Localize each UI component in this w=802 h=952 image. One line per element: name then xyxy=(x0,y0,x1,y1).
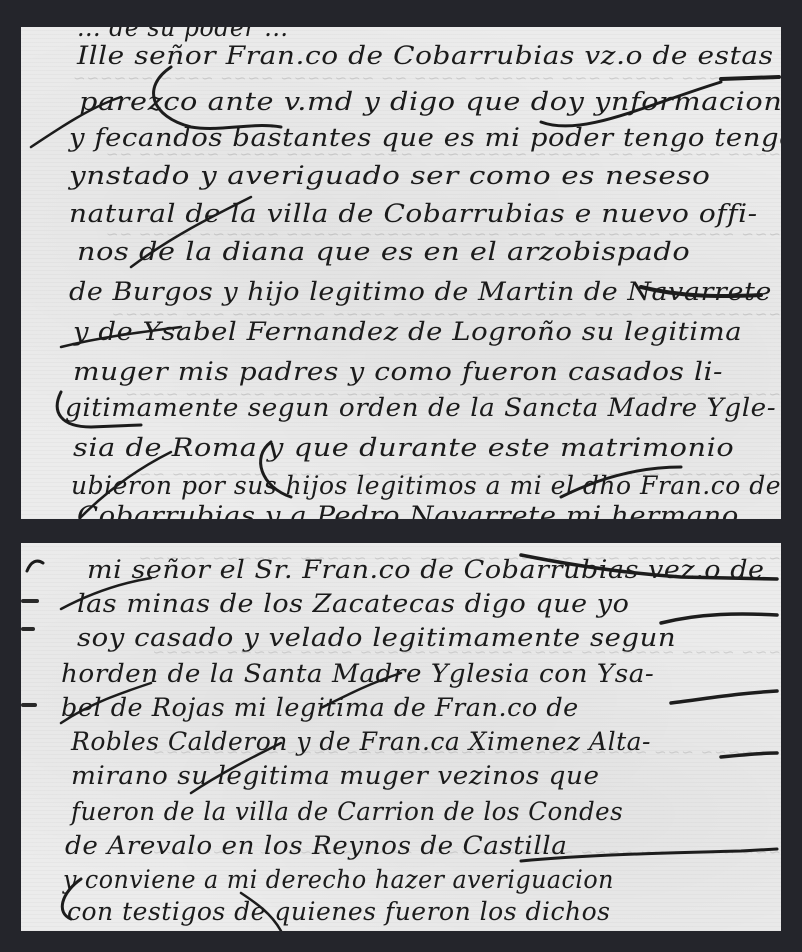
manuscript-line: muger mis padres y como fueron casados l… xyxy=(73,357,723,386)
manuscript-line: las minas de los Zacatecas digo que yo xyxy=(77,589,629,618)
manuscript-line: Robles Calderon y de Fran.ca Ximenez Alt… xyxy=(71,727,651,756)
manuscript-line: horden de la Santa Madre Yglesia con Ysa… xyxy=(61,659,654,688)
manuscript-line: soy casado y velado legitimamente segun xyxy=(77,623,676,652)
manuscript-line: y fecandos bastantes que es mi poder ten… xyxy=(69,123,781,152)
margin-mark xyxy=(21,627,35,631)
manuscript-line: ynstado y averiguado ser como es neseso xyxy=(69,161,710,190)
manuscript-line: ubieron por sus hijos legitimos a mi el … xyxy=(71,471,781,500)
margin-mark xyxy=(21,703,37,707)
manuscript-line: ... de su poder ... xyxy=(77,27,288,42)
manuscript-line: nos de la diana que es en el arzobispado xyxy=(77,237,690,266)
manuscript-line: gitimamente segun orden de la Sancta Mad… xyxy=(65,393,776,422)
manuscript-line: de Arevalo en los Reynos de Castilla xyxy=(65,831,567,860)
manuscript-line: y de Ysabel Fernandez de Logroño su legi… xyxy=(73,317,742,346)
bleed-through-text: ~~~ ~~~~ ~~~~~ ~~~ ~~~~~~ ~~~~ ~~ ~~~~~~… xyxy=(21,69,781,87)
manuscript-line: de Burgos y hijo legitimo de Martin de N… xyxy=(69,277,772,306)
manuscript-fragment-top: ~~~ ~~~~ ~~~~~ ~~~ ~~~~~~ ~~~~ ~~ ~~~~~~… xyxy=(21,27,781,519)
manuscript-line: y conviene a mi derecho hazer averiguaci… xyxy=(63,865,614,894)
manuscript-line: mirano su legitima muger vezinos que xyxy=(71,761,600,790)
manuscript-line: Cobarrubias y a Pedro Navarrete mi herma… xyxy=(77,501,748,519)
manuscript-fragment-bottom: ~~~~ ~~~~~~~ ~~~ ~~~~~ ~~~~~~ ~~~ ~~~~~ … xyxy=(21,543,781,931)
manuscript-line: parezco ante v.md y digo que doy ynforma… xyxy=(79,87,781,116)
manuscript-line: bel de Rojas mi legitima de Fran.co de xyxy=(61,693,579,722)
manuscript-line: natural de la villa de Cobarrubias e nue… xyxy=(69,199,758,228)
margin-mark xyxy=(21,599,39,603)
manuscript-line: con testigos de quienes fueron los dicho… xyxy=(67,897,610,926)
manuscript-line: mi señor el Sr. Fran.co de Cobarrubias v… xyxy=(87,555,765,584)
manuscript-line: Ille señor Fran.co de Cobarrubias vz.o d… xyxy=(77,41,781,70)
manuscript-line: fueron de la villa de Carrion de los Con… xyxy=(71,797,623,826)
manuscript-line: sia de Roma y que durante este matrimoni… xyxy=(73,433,734,462)
